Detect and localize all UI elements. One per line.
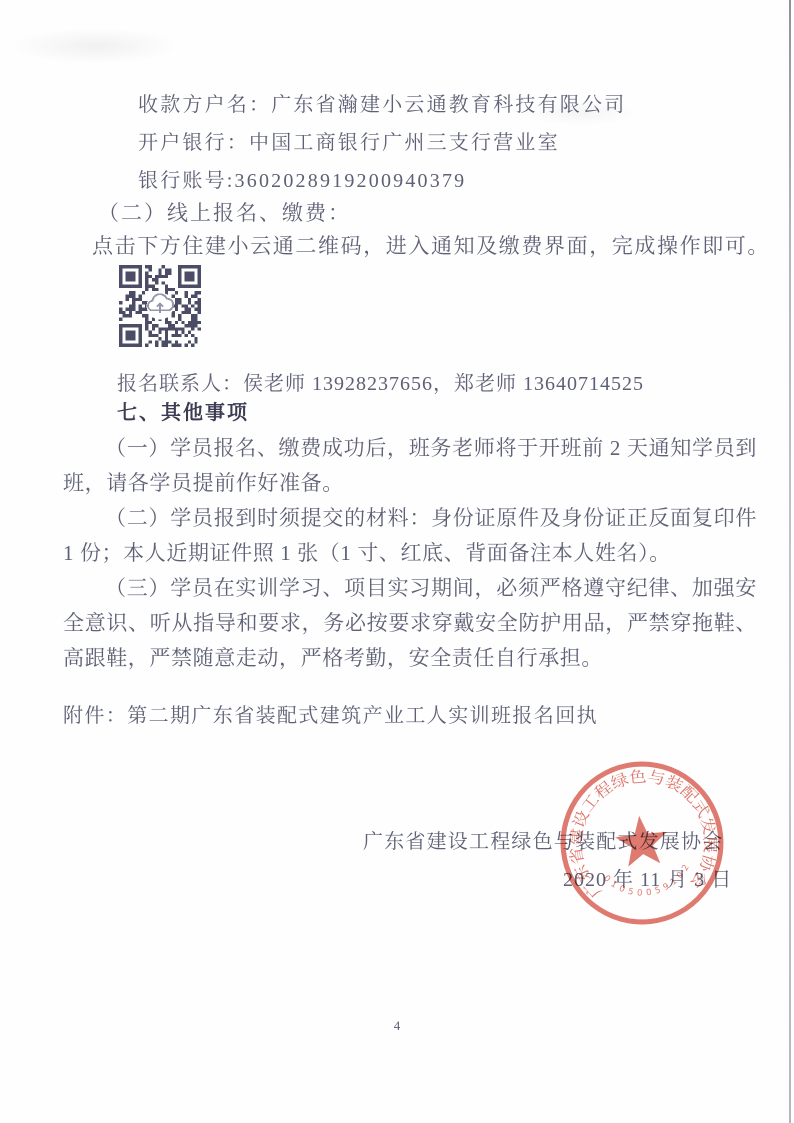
qr-code: [118, 265, 202, 347]
qr-instruction-line: 点击下方住建小云通二维码，进入通知及缴费界面，完成操作即可。: [92, 230, 770, 260]
page-number: 4: [0, 1018, 794, 1034]
qr-code-image: [118, 265, 202, 347]
document-page: 收款方户名：广东省瀚建小云通教育科技有限公司 开户银行：中国工商银行广州三支行营…: [0, 0, 794, 1123]
seal-image: 广东省建设工程绿色与装配式发展协会 01050059102: [547, 748, 736, 937]
svg-text:01050059102: 01050059102: [600, 862, 694, 903]
seal-code-text: 01050059102: [600, 862, 694, 903]
official-seal-stamp: 广东省建设工程绿色与装配式发展协会 01050059102: [547, 748, 736, 937]
other-matters-item-1: （一）学员报名、缴费成功后，班务老师将于开班前 2 天通知学员到班，请各学员提前…: [63, 431, 757, 501]
attachment-line: 附件：第二期广东省装配式建筑产业工人实训班报名回执: [63, 699, 598, 728]
account-line: 银行账号:3602028919200940379: [138, 170, 466, 192]
payee-line: 收款方户名：广东省瀚建小云通教育科技有限公司: [138, 94, 626, 116]
other-matters-item-3: （三）学员在实训学习、项目实习期间，必须严格遵守纪律、加强安全意识、听从指导和要…: [63, 571, 757, 676]
bank-line: 开户银行：中国工商银行广州三支行营业室: [138, 132, 560, 154]
scan-smudge: [10, 28, 180, 64]
contacts-line: 报名联系人：侯老师 13928237656，郑老师 13640714525: [117, 367, 644, 396]
payment-info-block: 收款方户名：广东省瀚建小云通教育科技有限公司 开户银行：中国工商银行广州三支行营…: [138, 86, 626, 200]
seal-star-icon: [613, 813, 670, 868]
other-matters-heading: 七、其他事项: [117, 396, 249, 425]
online-registration-heading: （二）线上报名、缴费：: [98, 197, 351, 227]
scan-edge-line: [789, 0, 791, 1123]
other-matters-item-2: （二）学员报到时须提交的材料：身份证原件及身份证正反面复印件 1 份；本人近期证…: [63, 501, 757, 571]
